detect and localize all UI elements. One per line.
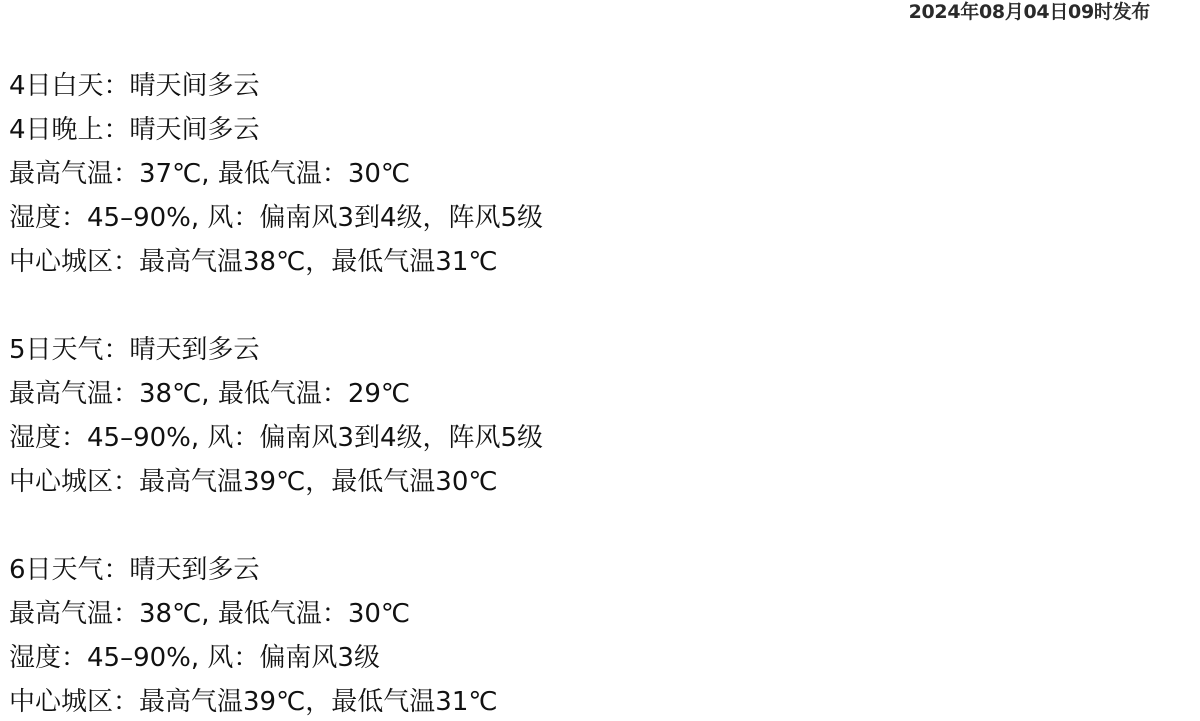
day6-city-center-temperature: 中心城区：最高气温39℃，最低气温31℃ — [9, 680, 543, 721]
day6-weather: 6日天气：晴天到多云 — [9, 548, 543, 592]
day4-humidity-wind: 湿度：45–90%, 风：偏南风3到4级，阵风5级 — [9, 196, 543, 240]
publish-time: 2024年08月04日09时发布 — [909, 0, 1150, 24]
day5-temperature: 最高气温：38℃, 最低气温：29℃ — [9, 372, 543, 416]
day4-city-center-temperature: 中心城区：最高气温38℃，最低气温31℃ — [9, 240, 543, 284]
day5-city-center-temperature: 中心城区：最高气温39℃，最低气温30℃ — [9, 460, 543, 504]
day4-daytime-weather: 4日白天：晴天间多云 — [9, 64, 543, 108]
forecast-day-6: 6日天气：晴天到多云 最高气温：38℃, 最低气温：30℃ 湿度：45–90%,… — [9, 548, 543, 721]
day5-weather: 5日天气：晴天到多云 — [9, 328, 543, 372]
day4-night-weather: 4日晚上：晴天间多云 — [9, 108, 543, 152]
weather-forecast: 4日白天：晴天间多云 4日晚上：晴天间多云 最高气温：37℃, 最低气温：30℃… — [9, 64, 543, 721]
day4-temperature: 最高气温：37℃, 最低气温：30℃ — [9, 152, 543, 196]
forecast-day-5: 5日天气：晴天到多云 最高气温：38℃, 最低气温：29℃ 湿度：45–90%,… — [9, 328, 543, 504]
day6-humidity-wind: 湿度：45–90%, 风：偏南风3级 — [9, 636, 543, 680]
day6-temperature: 最高气温：38℃, 最低气温：30℃ — [9, 592, 543, 636]
forecast-day-4: 4日白天：晴天间多云 4日晚上：晴天间多云 最高气温：37℃, 最低气温：30℃… — [9, 64, 543, 284]
day5-humidity-wind: 湿度：45–90%, 风：偏南风3到4级，阵风5级 — [9, 416, 543, 460]
